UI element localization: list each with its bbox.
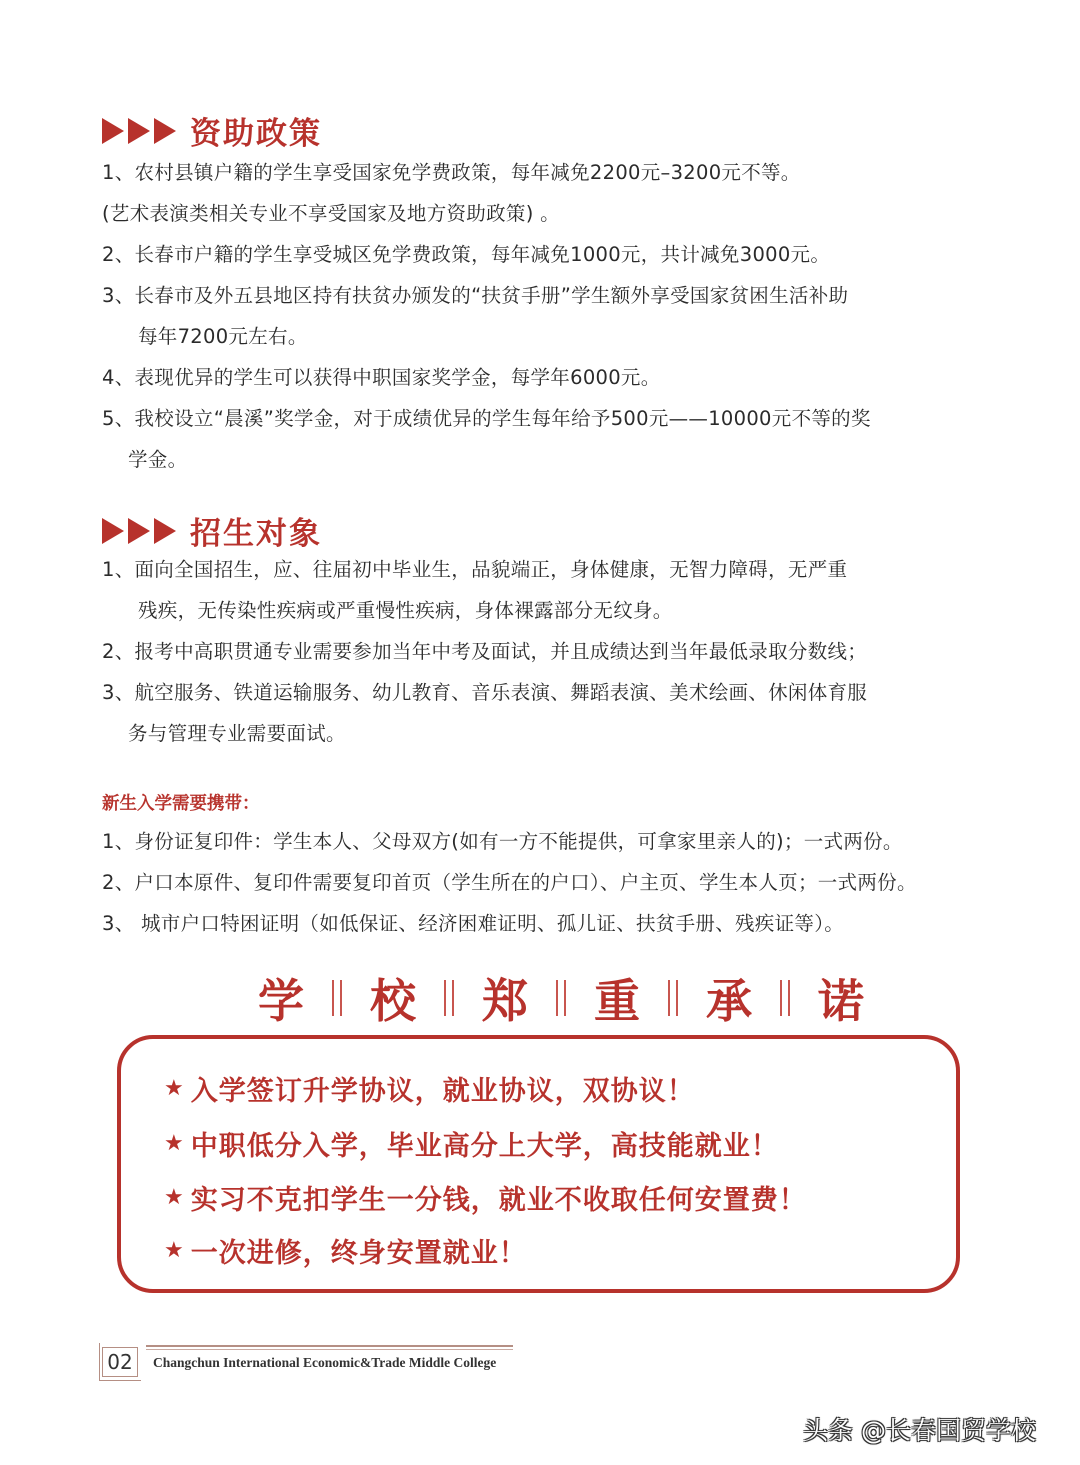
funding-line-5-cont: 学金。 — [128, 447, 187, 473]
funding-line-3: 3、长春市及外五县地区持有扶贫办颁发的“扶贫手册”学生额外享受国家贫困生活补助 — [102, 283, 848, 309]
admission-section-heading: 招生对象 — [102, 508, 322, 553]
promise-item: ★ 入学签订升学协议，就业协议，双协议！ — [164, 1069, 695, 1108]
funding-line-5: 5、我校设立“晨溪”奖学金，对于成绩优异的学生每年给予500元——10000元不… — [102, 406, 871, 432]
double-bar-divider — [332, 980, 342, 1016]
admission-line-3-cont: 务与管理专业需要面试。 — [128, 721, 346, 747]
promise-item-text: 实习不克扣学生一分钱，就业不收取任何安置费！ — [191, 1178, 807, 1217]
promise-item-text: 中职低分入学，毕业高分上大学，高技能就业！ — [191, 1124, 779, 1163]
admission-line-1-cont: 残疾，无传染性疾病或严重慢性疾病，身体裸露部分无纹身。 — [138, 598, 673, 624]
funding-section-heading: 资助政策 — [102, 108, 322, 153]
bring-line-2: 2、户口本原件、复印件需要复印首页（学生所在的户口）、户主页、学生本人页；一式两… — [102, 870, 917, 896]
admission-line-2: 2、报考中高职贯通专业需要参加当年中考及面试，并且成绩达到当年最低录取分数线； — [102, 639, 867, 665]
funding-line-4: 4、表现优异的学生可以获得中职国家奖学金，每学年6000元。 — [102, 365, 661, 391]
funding-line-3-cont: 每年7200元左右。 — [138, 324, 308, 350]
watermark: 头条 @长春国贸学校 — [803, 1411, 1036, 1447]
funding-line-1: 1、农村县镇户籍的学生享受国家免学费政策，每年减免2200元–3200元不等。 — [102, 160, 801, 186]
star-icon: ★ — [164, 1076, 185, 1101]
star-icon: ★ — [164, 1131, 185, 1156]
double-bar-divider — [668, 980, 678, 1016]
promise-item: ★ 中职低分入学，毕业高分上大学，高技能就业！ — [164, 1124, 779, 1163]
star-icon: ★ — [164, 1238, 185, 1263]
promise-item-text: 入学签订升学协议，就业协议，双协议！ — [191, 1069, 695, 1108]
triple-arrow-icon — [102, 118, 176, 144]
bring-heading: 新生入学需要携带： — [102, 790, 260, 815]
promise-title: 学 校 郑 重 承 诺 — [250, 965, 872, 1031]
admission-line-1: 1、面向全国招生，应、往届初中毕业生，品貌端正，身体健康，无智力障碍，无严重 — [102, 557, 847, 583]
funding-line-2: 2、长春市户籍的学生享受城区免学费政策，每年减免1000元，共计减免3000元。 — [102, 242, 830, 268]
promise-item: ★ 一次进修，终身安置就业！ — [164, 1231, 527, 1270]
school-name: Changchun International Economic&Trade M… — [153, 1355, 496, 1371]
bring-line-3: 3、 城市户口特困证明（如低保证、经济困难证明、孤儿证、扶贫手册、残疾证等）。 — [102, 911, 844, 937]
promise-title-char: 校 — [362, 965, 424, 1031]
bring-line-1: 1、身份证复印件：学生本人、父母双方(如有一方不能提供，可拿家里亲人的)；一式两… — [102, 829, 903, 855]
funding-line-1-note: (艺术表演类相关专业不享受国家及地方资助政策) 。 — [102, 201, 560, 227]
promise-title-char: 承 — [698, 965, 760, 1031]
promise-title-char: 诺 — [810, 965, 872, 1031]
footer-divider — [146, 1345, 513, 1347]
double-bar-divider — [556, 980, 566, 1016]
footer-divider-thin — [146, 1349, 513, 1350]
promise-title-char: 学 — [250, 965, 312, 1031]
double-bar-divider — [780, 980, 790, 1016]
star-icon: ★ — [164, 1185, 185, 1210]
page-number: 02 — [102, 1347, 138, 1377]
admission-line-3: 3、航空服务、铁道运输服务、幼儿教育、音乐表演、舞蹈表演、美术绘画、休闲体育服 — [102, 680, 867, 706]
triple-arrow-icon — [102, 518, 176, 544]
promise-item: ★ 实习不克扣学生一分钱，就业不收取任何安置费！ — [164, 1178, 807, 1217]
promise-item-text: 一次进修，终身安置就业！ — [191, 1231, 527, 1270]
promise-title-char: 郑 — [474, 965, 536, 1031]
promise-title-char: 重 — [586, 965, 648, 1031]
admission-title: 招生对象 — [190, 508, 322, 553]
double-bar-divider — [444, 980, 454, 1016]
promise-box: ★ 入学签订升学协议，就业协议，双协议！ ★ 中职低分入学，毕业高分上大学，高技… — [117, 1035, 960, 1293]
funding-title: 资助政策 — [190, 108, 322, 153]
